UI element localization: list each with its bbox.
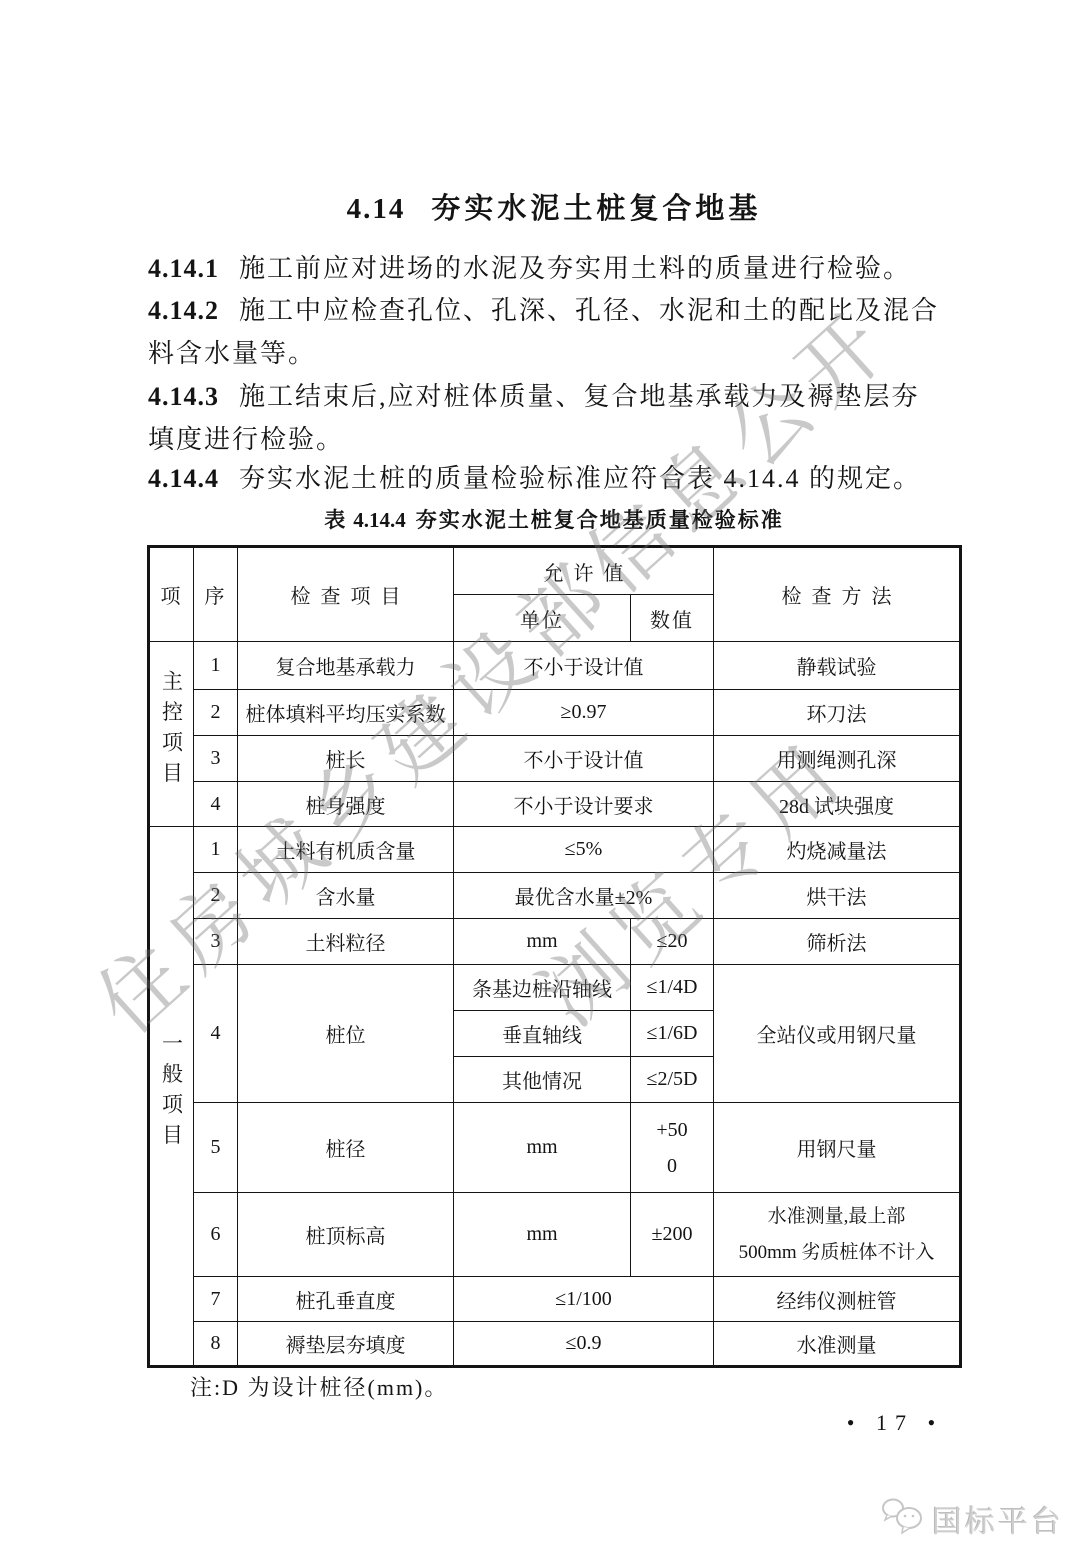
- main-row-1-method: 静载试验: [714, 642, 961, 690]
- general-row-7-allowed: ≤1/100: [454, 1277, 714, 1322]
- main-row-3-method: 用测绳测孔深: [714, 736, 961, 782]
- main-row-2-method: 环刀法: [714, 690, 961, 736]
- chat-bubbles-icon: [880, 1496, 926, 1541]
- main-row-3-seq: 3: [194, 736, 238, 782]
- general-row-8-method: 水准测量: [714, 1322, 961, 1367]
- clause-number: 4.14.1: [148, 254, 219, 283]
- clause-4-14-2-line1: 4.14.2施工中应检查孔位、孔深、孔径、水泥和土的配比及混合: [148, 295, 978, 327]
- general-row-6-value: ±200: [631, 1193, 714, 1277]
- general-row-7-method: 经纬仪测桩管: [714, 1277, 961, 1322]
- general-row-1-item: 土料有机质含量: [238, 827, 454, 873]
- section-title-text: 夯实水泥土桩复合地基: [431, 193, 761, 225]
- general-row-4-seq: 4: [194, 965, 238, 1103]
- general-row-5-method: 用钢尺量: [714, 1103, 961, 1193]
- table-caption-prefix: 表: [324, 509, 347, 532]
- main-row-1-allowed: 不小于设计值: [454, 642, 714, 690]
- general-row-6-item: 桩顶标高: [238, 1193, 454, 1277]
- general-row-4-cond-1: 条基边桩沿轴线: [454, 965, 631, 1011]
- general-row-6-seq: 6: [194, 1193, 238, 1277]
- general-row-4-cond-3: 其他情况: [454, 1057, 631, 1103]
- general-row-5-value: +50 0: [631, 1103, 714, 1193]
- general-row-3-method: 筛析法: [714, 919, 961, 965]
- general-row-1-allowed: ≤5%: [454, 827, 714, 873]
- general-row-4-cond-2: 垂直轴线: [454, 1011, 631, 1057]
- gb-platform-logo-text: 国标平台: [932, 1497, 1064, 1541]
- clause-4-14-3-line2: 填度进行检验。: [148, 424, 978, 456]
- general-row-2-seq: 2: [194, 873, 238, 919]
- general-row-4-item: 桩位: [238, 965, 454, 1103]
- main-row-2-seq: 2: [194, 690, 238, 736]
- general-row-5-item: 桩径: [238, 1103, 454, 1193]
- general-row-1-method: 灼烧减量法: [714, 827, 961, 873]
- header-seq: 序: [194, 547, 238, 642]
- document-page: 4.14夯实水泥土桩复合地基 4.14.1施工前应对进场的水泥及夯实用土料的质量…: [0, 0, 1080, 1566]
- clause-4-14-4: 4.14.4夯实水泥土桩的质量检验标准应符合表 4.14.4 的规定。: [148, 463, 978, 495]
- clause-text: 夯实水泥土桩的质量检验标准应符合表 4.14.4 的规定。: [239, 464, 921, 493]
- clause-4-14-1: 4.14.1施工前应对进场的水泥及夯实用土料的质量进行检验。: [148, 253, 978, 285]
- general-section-label: 一般项目: [149, 827, 194, 1367]
- general-row-2-item: 含水量: [238, 873, 454, 919]
- general-row-7-item: 桩孔垂直度: [238, 1277, 454, 1322]
- header-value: 数值: [631, 595, 714, 642]
- main-row-2-allowed: ≥0.97: [454, 690, 714, 736]
- general-row-3-value: ≤20: [631, 919, 714, 965]
- gb-platform-logo: 国标平台: [880, 1496, 1064, 1541]
- section-heading: 4.14夯实水泥土桩复合地基: [148, 186, 960, 227]
- general-row-3-seq: 3: [194, 919, 238, 965]
- general-row-7-seq: 7: [194, 1277, 238, 1322]
- clause-number: 4.14.3: [148, 382, 219, 411]
- main-row-4-seq: 4: [194, 782, 238, 827]
- general-row-8-seq: 8: [194, 1322, 238, 1367]
- general-row-8-allowed: ≤0.9: [454, 1322, 714, 1367]
- general-row-5-unit: mm: [454, 1103, 631, 1193]
- general-row-4-value-1: ≤1/4D: [631, 965, 714, 1011]
- clause-number: 4.14.2: [148, 296, 219, 325]
- table-footnote: 注:D 为设计桩径(mm)。: [190, 1371, 448, 1402]
- general-row-6-method: 水准测量,最上部 500mm 劣质桩体不计入: [714, 1193, 961, 1277]
- clause-text: 施工前应对进场的水泥及夯实用土料的质量进行检验。: [239, 254, 911, 283]
- section-number: 4.14: [347, 193, 406, 225]
- clause-number: 4.14.4: [148, 464, 219, 493]
- general-row-2-method: 烘干法: [714, 873, 961, 919]
- main-section-label-text: 主控项目: [157, 670, 187, 792]
- general-row-4-method: 全站仪或用钢尺量: [714, 965, 961, 1103]
- general-row-2-allowed: 最优含水量±2%: [454, 873, 714, 919]
- page-number: • 17 •: [810, 1410, 980, 1436]
- general-row-5-seq: 5: [194, 1103, 238, 1193]
- general-row-8-item: 褥垫层夯填度: [238, 1322, 454, 1367]
- general-row-3-item: 土料粒径: [238, 919, 454, 965]
- general-row-4-value-3: ≤2/5D: [631, 1057, 714, 1103]
- header-item: 项: [149, 547, 194, 642]
- main-row-4-allowed: 不小于设计要求: [454, 782, 714, 827]
- clause-text: 施工结束后,应对桩体质量、复合地基承载力及褥垫层夯: [239, 382, 920, 411]
- clause-4-14-2-line2: 料含水量等。: [148, 338, 978, 370]
- table-caption-number: 4.14.4: [353, 508, 406, 532]
- clause-4-14-3-line1: 4.14.3施工结束后,应对桩体质量、复合地基承载力及褥垫层夯: [148, 381, 978, 413]
- clause-text: 施工中应检查孔位、孔深、孔径、水泥和土的配比及混合: [239, 296, 939, 325]
- header-check-item: 检查项目: [238, 547, 454, 642]
- clause-text: 填度进行检验。: [148, 425, 344, 454]
- main-row-1-seq: 1: [194, 642, 238, 690]
- main-row-2-item: 桩体填料平均压实系数: [238, 690, 454, 736]
- main-row-1-item: 复合地基承载力: [238, 642, 454, 690]
- general-row-6-unit: mm: [454, 1193, 631, 1277]
- clause-text: 料含水量等。: [148, 339, 316, 368]
- table-caption: 表4.14.4夯实水泥土桩复合地基质量检验标准: [148, 504, 960, 534]
- main-section-label: 主控项目: [149, 642, 194, 827]
- general-section-label-text: 一般项目: [157, 1032, 187, 1154]
- header-method: 检查方法: [714, 547, 961, 642]
- header-unit: 单位: [454, 595, 631, 642]
- main-row-4-item: 桩身强度: [238, 782, 454, 827]
- general-row-4-value-2: ≤1/6D: [631, 1011, 714, 1057]
- general-row-3-unit: mm: [454, 919, 631, 965]
- main-row-3-item: 桩长: [238, 736, 454, 782]
- header-allowed: 允许值: [454, 547, 714, 595]
- general-row-1-seq: 1: [194, 827, 238, 873]
- main-row-3-allowed: 不小于设计值: [454, 736, 714, 782]
- main-row-4-method: 28d 试块强度: [714, 782, 961, 827]
- quality-inspection-table: 项 序 检查项目 允许值 检查方法 单位 数值 主控项目 1 复合地基承载力 不…: [147, 545, 962, 1368]
- table-caption-text: 夯实水泥土桩复合地基质量检验标准: [416, 509, 784, 532]
